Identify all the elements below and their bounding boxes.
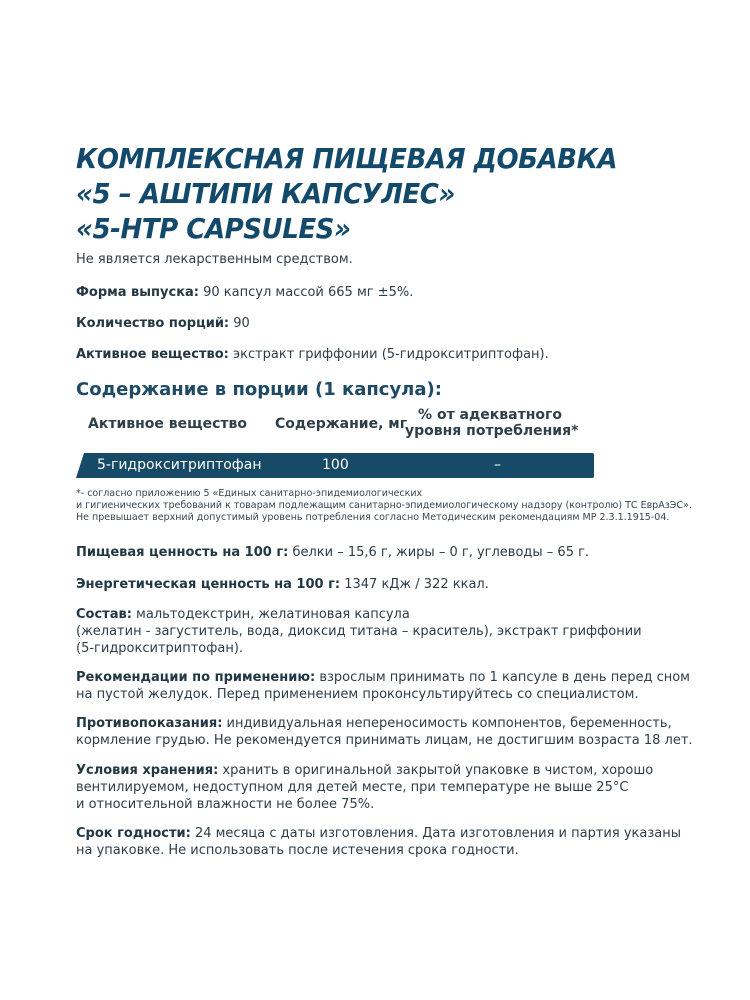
energy-text: 1347 кДж / 322 ккал. xyxy=(340,577,489,592)
table-cell-percent: – xyxy=(494,457,501,473)
storage-line-1: хранить в оригинальной закрытой упаковке… xyxy=(218,763,653,778)
storage-line-3: и относительной влажности не более 75%. xyxy=(76,796,653,813)
nutrition-value: Пищевая ценность на 100 г: белки – 15,6 … xyxy=(76,544,589,561)
contraindications-label: Противопоказания: xyxy=(76,716,222,731)
composition-line-1: мальтодекстрин, желатиновая капсула xyxy=(132,607,410,622)
contraindications-line-2: кормление грудью. Не рекомендуется прини… xyxy=(76,732,693,749)
servings-label: Количество порций: xyxy=(76,316,229,331)
composition-label: Состав: xyxy=(76,607,132,622)
active-substance-label: Активное вещество: xyxy=(76,347,229,362)
shelf-life-line-2: на упаковке. Не использовать после истеч… xyxy=(76,842,681,859)
shelf-life-line-1: 24 месяца с даты изготовления. Дата изго… xyxy=(191,826,681,841)
composition: Состав: мальтодекстрин, желатиновая капс… xyxy=(76,606,642,657)
release-form-value: 90 капсул массой 665 мг ±5%. xyxy=(199,285,413,300)
active-substance-value: экстракт гриффонии (5-гидрокситриптофан)… xyxy=(229,347,549,362)
serving-table-heading: Содержание в порции (1 капсула): xyxy=(76,379,442,400)
footnote-line-1: *- согласно приложению 5 «Единых санитар… xyxy=(76,488,692,500)
title-line-2: «5 – АШТИПИ КАПСУЛЕС» xyxy=(76,176,617,211)
contraindications: Противопоказания: индивидуальная неперен… xyxy=(76,715,693,749)
storage-line-2: вентилируемом, недоступном для детей мес… xyxy=(76,779,653,796)
footnote-line-2: и гигиенических требований к товарам под… xyxy=(76,500,692,512)
storage-conditions: Условия хранения: хранить в оригинальной… xyxy=(76,762,653,813)
active-substance: Активное вещество: экстракт гриффонии (5… xyxy=(76,346,549,363)
title-line-3: «5-HTP CAPSULES» xyxy=(76,211,617,246)
energy-value: Энергетическая ценность на 100 г: 1347 к… xyxy=(76,576,489,593)
usage-label: Рекомендации по применению: xyxy=(76,670,315,685)
release-form: Форма выпуска: 90 капсул массой 665 мг ±… xyxy=(76,284,413,301)
shelf-life-label: Срок годности: xyxy=(76,826,191,841)
table-header-percent-line2: уровня потребления* xyxy=(405,423,575,439)
shelf-life: Срок годности: 24 месяца с даты изготовл… xyxy=(76,825,681,859)
table-header-amount: Содержание, мг xyxy=(275,416,407,432)
title-line-1: КОМПЛЕКСНАЯ ПИЩЕВАЯ ДОБАВКА xyxy=(76,141,617,176)
composition-line-3: (5-гидрокситриптофан). xyxy=(76,640,642,657)
usage-line-2: на пустой желудок. Перед применением про… xyxy=(76,686,690,703)
nutrition-label: Пищевая ценность на 100 г: xyxy=(76,545,288,560)
release-form-label: Форма выпуска: xyxy=(76,285,199,300)
contraindications-line-1: индивидуальная непереносимость компонент… xyxy=(222,716,671,731)
storage-label: Условия хранения: xyxy=(76,763,218,778)
table-header-percent-line1: % от адекватного xyxy=(405,407,575,423)
table-footnote: *- согласно приложению 5 «Единых санитар… xyxy=(76,488,692,524)
table-header-substance: Активное вещество xyxy=(88,416,247,432)
nutrition-text: белки – 15,6 г, жиры – 0 г, углеводы – 6… xyxy=(288,545,589,560)
table-cell-substance: 5-гидрокситриптофан xyxy=(97,457,262,473)
composition-line-2: (желатин - загуститель, вода, диоксид ти… xyxy=(76,623,642,640)
not-medicine-note: Не является лекарственным средством. xyxy=(76,251,353,268)
energy-label: Энергетическая ценность на 100 г: xyxy=(76,577,340,592)
product-title: КОМПЛЕКСНАЯ ПИЩЕВАЯ ДОБАВКА «5 – АШТИПИ … xyxy=(76,141,617,246)
servings-count: Количество порций: 90 xyxy=(76,315,250,332)
usage-recommendations: Рекомендации по применению: взрослым при… xyxy=(76,669,690,703)
servings-value: 90 xyxy=(229,316,250,331)
footnote-line-3: Не превышает верхний допустимый уровень … xyxy=(76,512,692,524)
table-header-percent: % от адекватного уровня потребления* xyxy=(405,407,575,439)
usage-line-1: взрослым принимать по 1 капсуле в день п… xyxy=(315,670,690,685)
table-cell-amount: 100 xyxy=(322,457,349,473)
